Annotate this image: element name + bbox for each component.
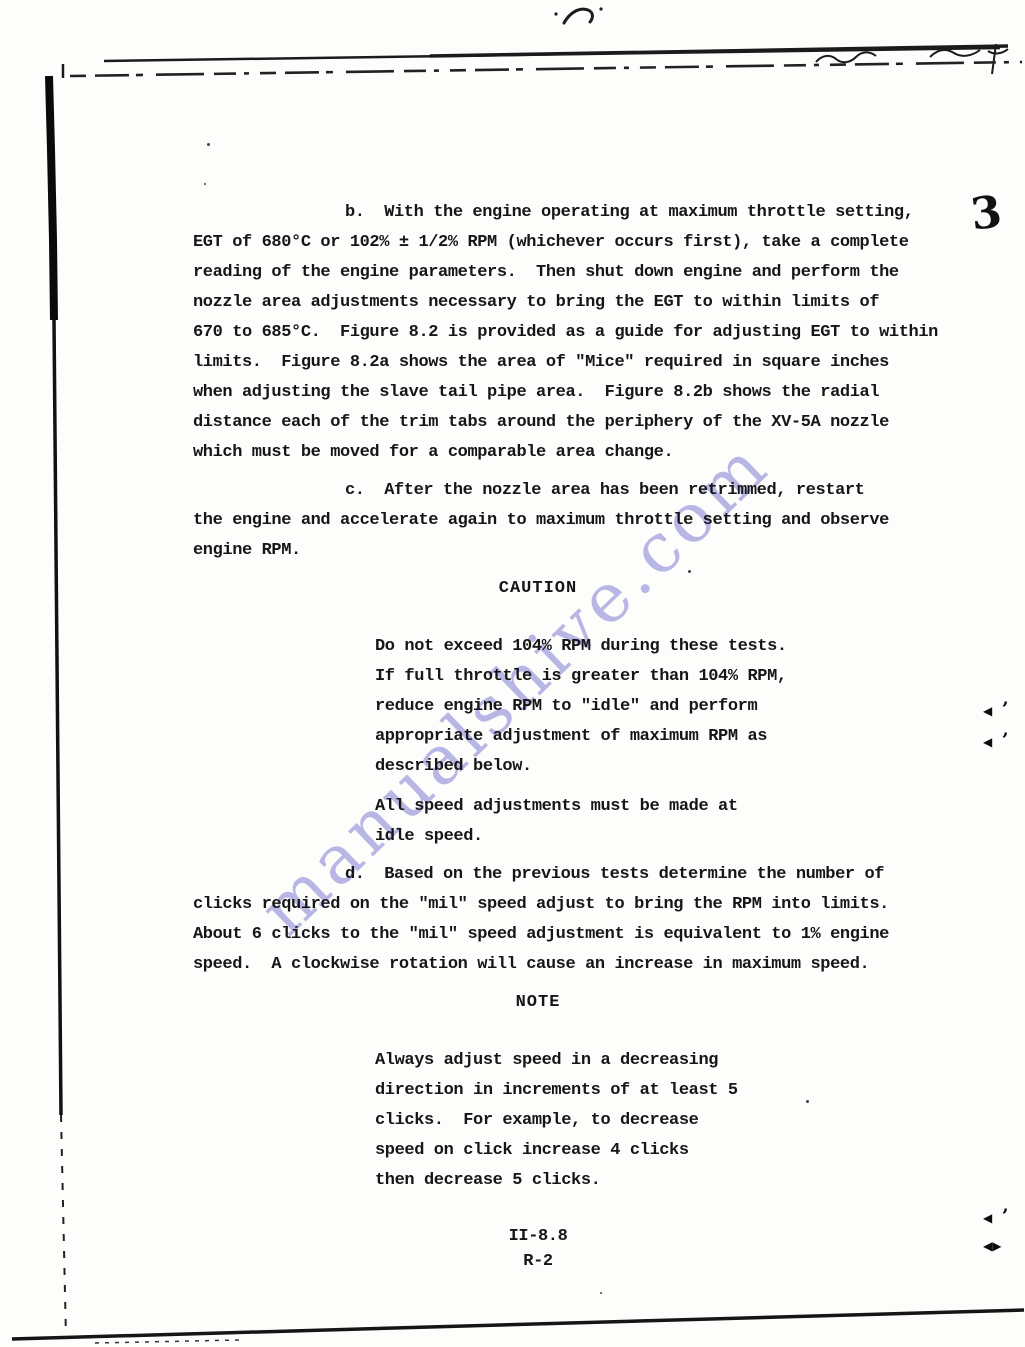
ink-dot: [207, 143, 210, 146]
text-line: when adjusting the slave tail pipe area.…: [193, 378, 935, 408]
ink-dot: [204, 183, 206, 185]
text-line: 670 to 685°C. Figure 8.2 is provided as …: [193, 318, 935, 348]
top-squiggle-dot: [599, 7, 602, 10]
document-blocks: b. With the engine operating at maximum …: [193, 198, 935, 1196]
page-number: II-8.8: [193, 1224, 883, 1249]
text-line: clicks. For example, to decrease: [375, 1106, 935, 1136]
scanned-manual-page: manualshive.com 3 ◀ ’ ◀ ’ ◀ ’: [0, 0, 1025, 1347]
binding-edge-line: [54, 320, 61, 1115]
top-scan-line-thick: [430, 46, 1008, 56]
triangle-mark-icon: ◀: [983, 735, 992, 749]
para-c: c. After the nozzle area has been retrim…: [193, 476, 935, 566]
binding-edge-dashed: [61, 1115, 66, 1338]
scan-scribble: [816, 52, 876, 62]
text-line: Always adjust speed in a decreasing: [375, 1046, 935, 1076]
caution-heading: CAUTION: [193, 574, 883, 604]
text-line: direction in increments of at least 5: [375, 1076, 935, 1106]
text-line: d. Based on the previous tests determine…: [193, 860, 935, 890]
top-squiggle-mark: [564, 9, 592, 23]
text-line: Do not exceed 104% RPM during these test…: [375, 632, 935, 662]
note-body: Always adjust speed in a decreasingdirec…: [375, 1046, 935, 1196]
text-line: reduce engine RPM to "idle" and perform: [375, 692, 935, 722]
comma-mark-icon: ’: [1002, 698, 1009, 720]
text-line: reading of the engine parameters. Then s…: [193, 258, 935, 288]
text-line: limits. Figure 8.2a shows the area of "M…: [193, 348, 935, 378]
text-line: idle speed.: [375, 822, 935, 852]
text-line: speed on click increase 4 clicks: [375, 1136, 935, 1166]
ink-dot: [600, 1292, 602, 1294]
binding-edge-rough: [49, 76, 54, 320]
text-line: If full throttle is greater than 104% RP…: [375, 662, 935, 692]
comma-mark-icon: ’: [1002, 729, 1009, 751]
text-line: All speed adjustments must be made at: [375, 792, 935, 822]
para-d: d. Based on the previous tests determine…: [193, 860, 935, 980]
margin-mark-row: ◀ ’: [983, 1207, 1008, 1226]
caution-body: Do not exceed 104% RPM during these test…: [375, 632, 935, 782]
text-line: appropriate adjustment of maximum RPM as: [375, 722, 935, 752]
revision-number: R-2: [193, 1249, 883, 1274]
text-line: engine RPM.: [193, 536, 935, 566]
bottom-scan-line: [12, 1310, 1024, 1339]
triangle-mark-icon: ▶: [992, 1239, 1001, 1253]
text-line: EGT of 680°C or 102% ± 1/2% RPM (whichev…: [193, 228, 935, 258]
text-line: which must be moved for a comparable are…: [193, 438, 935, 468]
triangle-mark-icon: ◀: [983, 1239, 992, 1253]
margin-mark-row: ◀ ’: [983, 731, 1008, 750]
bottom-scan-dashes: [95, 1340, 240, 1343]
top-squiggle-dot: [554, 12, 557, 15]
margin-mark-row: ◀▶: [983, 1238, 1001, 1254]
text-line: nozzle area adjustments necessary to bri…: [193, 288, 935, 318]
triangle-mark-icon: ◀: [983, 1211, 992, 1225]
margin-mark-row: ◀ ’: [983, 700, 1008, 719]
scan-scribble: [930, 49, 1008, 57]
page-footer: II-8.8 R-2: [193, 1224, 883, 1274]
text-line: distance each of the trim tabs around th…: [193, 408, 935, 438]
comma-mark-icon: ’: [1002, 1205, 1009, 1227]
para-b: b. With the engine operating at maximum …: [193, 198, 935, 468]
text-line: About 6 clicks to the "mil" speed adjust…: [193, 920, 935, 950]
text-line: b. With the engine operating at maximum …: [193, 198, 935, 228]
dashed-scan-line: [70, 62, 1022, 76]
text-line: clicks required on the "mil" speed adjus…: [193, 890, 935, 920]
note-heading: NOTE: [193, 988, 883, 1018]
text-line: then decrease 5 clicks.: [375, 1166, 935, 1196]
text-line: described below.: [375, 752, 935, 782]
text-line: c. After the nozzle area has been retrim…: [193, 476, 935, 506]
triangle-mark-icon: ◀: [983, 704, 992, 718]
text-line: the engine and accelerate again to maxim…: [193, 506, 935, 536]
margin-curl-mark: 3: [968, 190, 1004, 237]
text-line: speed. A clockwise rotation will cause a…: [193, 950, 935, 980]
caution-body-2: All speed adjustments must be made atidl…: [375, 792, 935, 852]
